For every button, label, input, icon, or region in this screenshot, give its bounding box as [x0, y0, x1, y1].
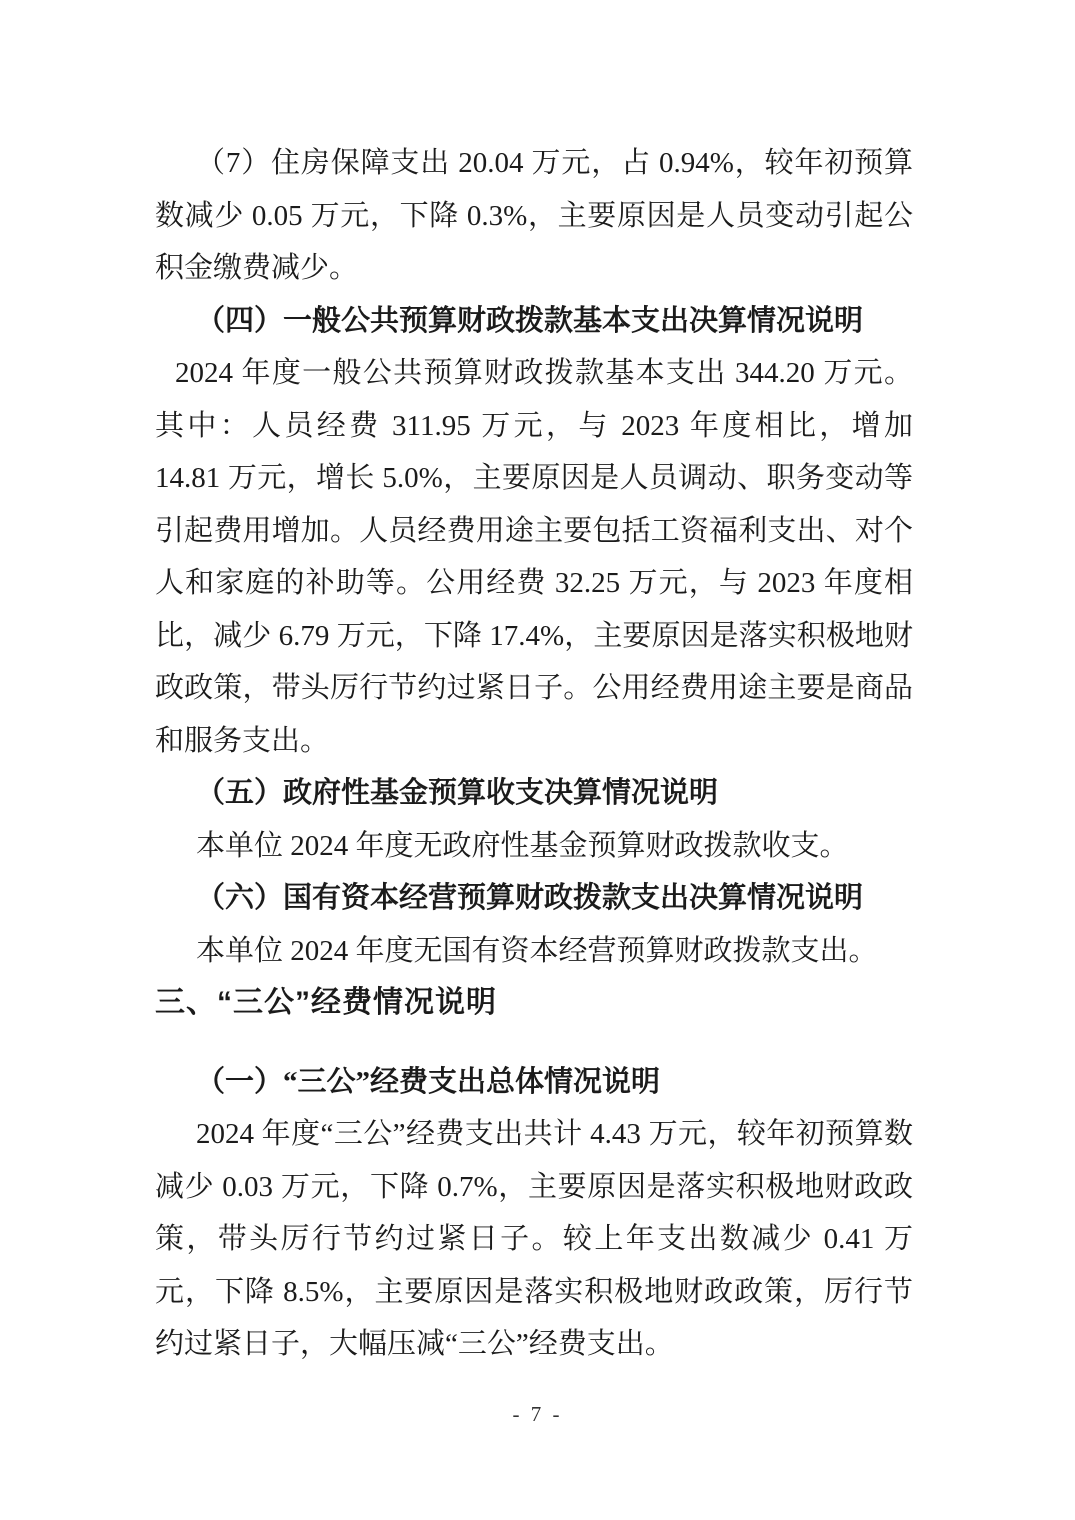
document-body: （7）住房保障支出 20.04 万元，占 0.94%，较年初预算数减少 0.05… [155, 137, 913, 1371]
paragraph-housing-support: （7）住房保障支出 20.04 万元，占 0.94%，较年初预算数减少 0.05… [155, 137, 913, 295]
heading-section-4-basic-expenditure: （四）一般公共预算财政拨款基本支出决算情况说明 [155, 295, 913, 348]
paragraph-government-funds: 本单位 2024 年度无政府性基金预算财政拨款收支。 [155, 820, 913, 873]
page-number: - 7 - [0, 1402, 1075, 1427]
heading-section-6-state-capital: （六）国有资本经营预算财政拨款支出决算情况说明 [155, 872, 913, 925]
paragraph-state-capital: 本单位 2024 年度无国有资本经营预算财政拨款支出。 [155, 925, 913, 978]
paragraph-three-public-funds-detail: 2024 年度“三公”经费支出共计 4.43 万元，较年初预算数减少 0.03 … [155, 1108, 913, 1371]
paragraph-basic-expenditure-detail: 2024 年度一般公共预算财政拨款基本支出 344.20 万元。其中：人员经费 … [155, 347, 913, 767]
heading-chapter-3-three-public-funds: 三、“三公”经费情况说明 [155, 977, 913, 1030]
heading-section-5-government-funds: （五）政府性基金预算收支决算情况说明 [155, 767, 913, 820]
heading-section-1-overall-situation: （一）“三公”经费支出总体情况说明 [155, 1056, 913, 1109]
document-page: （7）住房保障支出 20.04 万元，占 0.94%，较年初预算数减少 0.05… [0, 0, 1075, 1520]
